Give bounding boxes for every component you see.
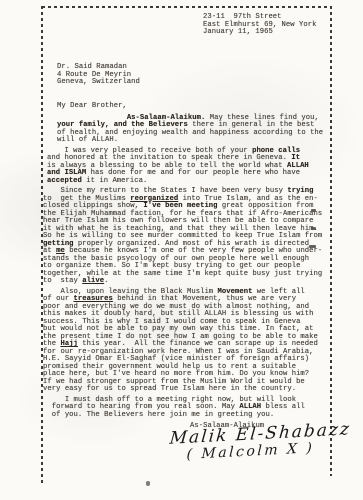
photocopy-smudge <box>311 209 316 212</box>
sender-address-line: January 11, 1965 <box>203 29 316 37</box>
salutation: My Dear Brother, <box>57 103 337 111</box>
photocopy-smudge <box>311 227 316 230</box>
sender-address-block: 23-11 97th StreetEast Elmhurst 69, New Y… <box>203 14 316 37</box>
photocopy-smudge <box>309 245 316 248</box>
letter-page: 23-11 97th StreetEast Elmhurst 69, New Y… <box>0 0 363 500</box>
page-outline-top <box>42 6 331 8</box>
photocopy-smudge <box>146 481 150 486</box>
letter-line: of you. The Believers here join me in gr… <box>43 412 337 420</box>
paragraph: I was very pleased to receive both of yo… <box>47 148 337 186</box>
paragraphs-container: As-Salaam-Alaikum. May these lines find … <box>43 115 337 420</box>
paragraph: Also, upon leaving the Black Muslim Move… <box>43 289 337 394</box>
letter-line: very easy for us to spread True Islam he… <box>43 386 337 394</box>
recipient-address-block: Dr. Said Ramadan4 Route De MeyrinGeneva,… <box>57 64 140 87</box>
letter-body: My Dear Brother, As-Salaam-Alaikum. May … <box>43 103 337 431</box>
paragraph: I must dash off to a meeting right now, … <box>43 397 337 420</box>
paragraph: Since my return to the States I have bee… <box>43 188 337 286</box>
letter-line: to stay alive. <box>43 278 337 286</box>
recipient-address-line: Geneva, Switzerland <box>57 79 140 87</box>
letter-line: accepted it in America. <box>47 178 337 186</box>
letter-line: will of ALLAH. <box>57 137 337 145</box>
paragraph: As-Salaam-Alaikum. May these lines find … <box>57 115 337 145</box>
